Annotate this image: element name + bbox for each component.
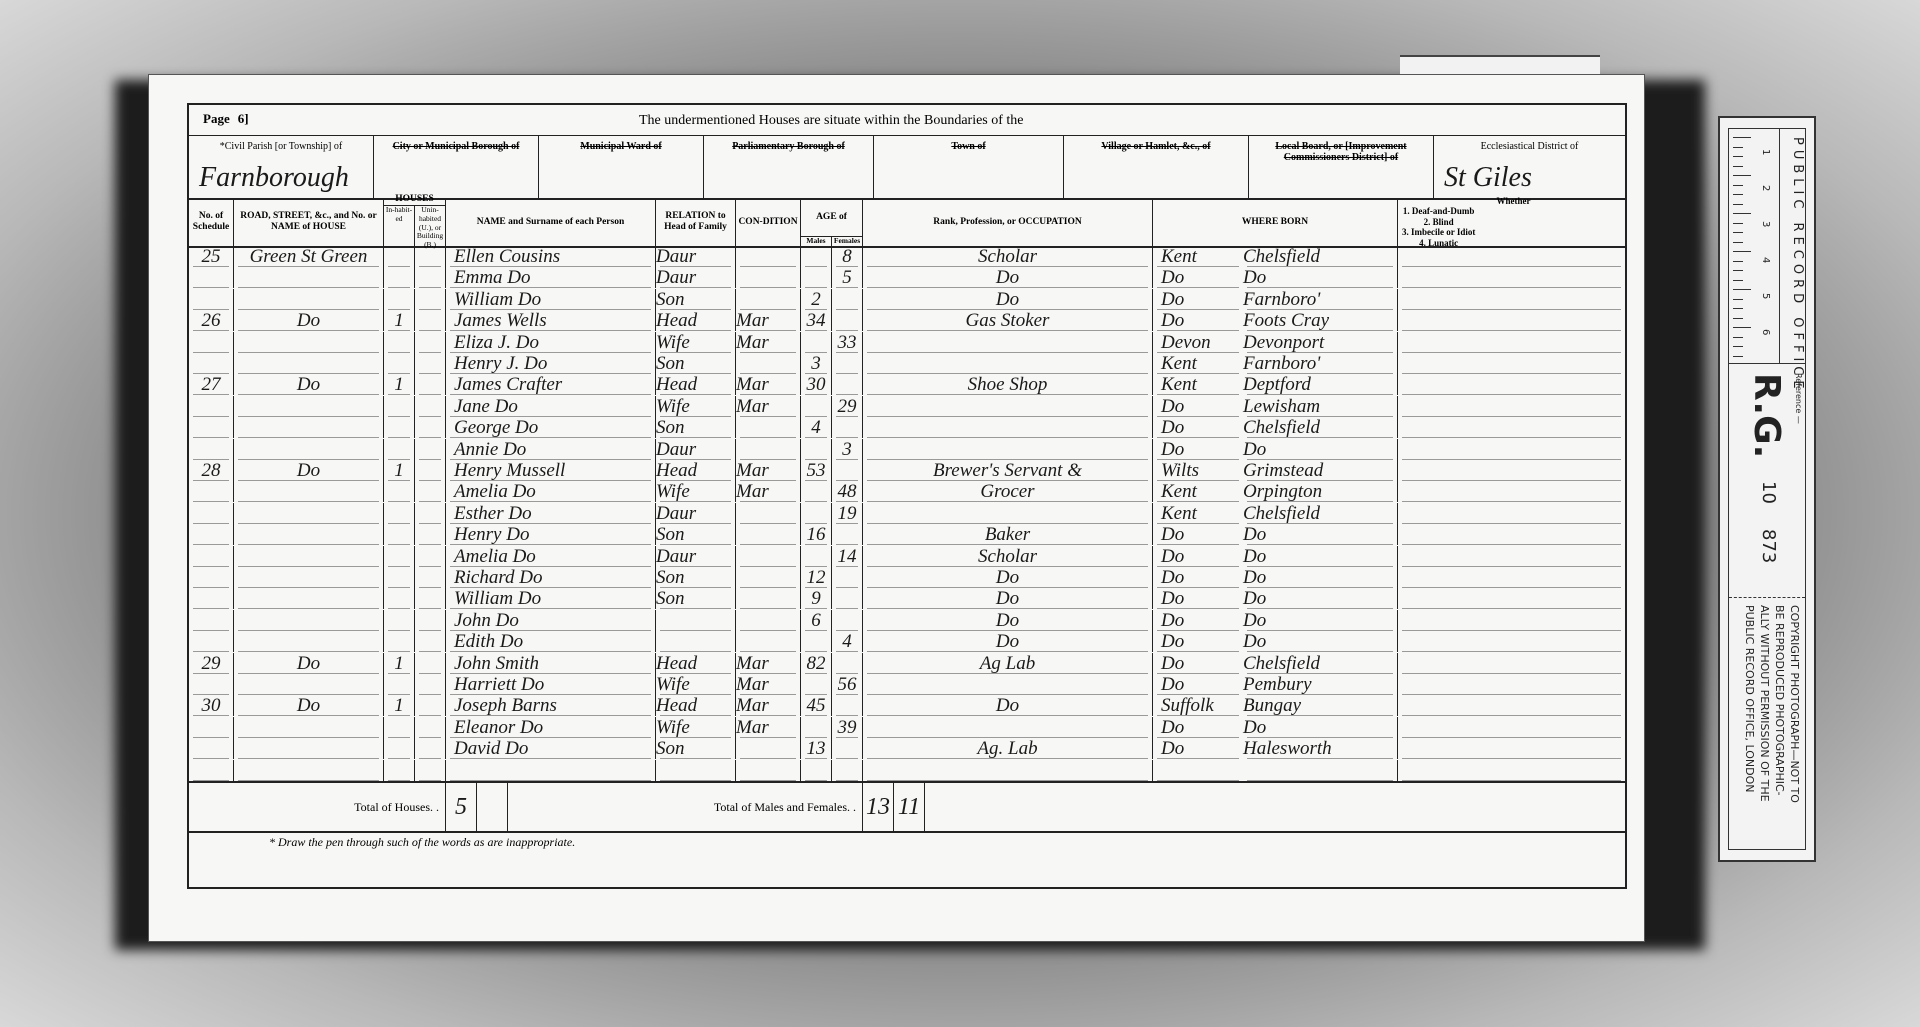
cell-m: 2 <box>801 289 832 310</box>
cell-occ <box>863 674 1153 695</box>
cell-cond <box>736 503 801 524</box>
cell-blank <box>415 396 446 417</box>
col-schedule: No. of Schedule <box>189 198 234 246</box>
cell-born_county: Do <box>1153 546 1243 567</box>
cell-f: 56 <box>832 674 863 695</box>
cell-inh: 1 <box>384 653 415 674</box>
cell-blank <box>415 588 446 609</box>
cell-f <box>832 588 863 609</box>
cell-sched: 30 <box>189 695 234 716</box>
cell-f <box>832 289 863 310</box>
cell-inh <box>384 738 415 759</box>
col-infirmity: Whether 1. Deaf-and-Dumb2. Blind3. Imbec… <box>1398 198 1625 246</box>
cell-m <box>801 674 832 695</box>
cell-born_place: Do <box>1243 588 1398 609</box>
col-relation: RELATION to Head of Family <box>656 198 736 246</box>
cell-name: Amelia Do <box>446 481 656 502</box>
cell-blank <box>1398 674 1625 695</box>
footnote: * Draw the pen through such of the words… <box>269 835 575 850</box>
cell-cond <box>736 246 801 267</box>
table-row: Amelia DoDaur14ScholarDoDo <box>189 546 1625 567</box>
cell-f: 8 <box>832 246 863 267</box>
cell-blank <box>1398 374 1625 395</box>
cell-name: Emma Do <box>446 267 656 288</box>
cell-name: Amelia Do <box>446 546 656 567</box>
cell-name: Henry Mussell <box>446 460 656 481</box>
cell-sched <box>189 289 234 310</box>
cell-m: 82 <box>801 653 832 674</box>
cell-born_county: Do <box>1153 524 1243 545</box>
cell-blank <box>415 760 446 781</box>
cell-f <box>832 524 863 545</box>
cell-born_place: Foots Cray <box>1243 310 1398 331</box>
cell-m: 9 <box>801 588 832 609</box>
cell-blank <box>1398 738 1625 759</box>
cell-cond <box>736 439 801 460</box>
cell-sched: 27 <box>189 374 234 395</box>
cell-occ: Do <box>863 610 1153 631</box>
cell-road <box>234 332 384 353</box>
table-row: Edith Do4DoDoDo <box>189 631 1625 652</box>
cell-f: 39 <box>832 717 863 738</box>
cell-name: John Smith <box>446 653 656 674</box>
cell-cond: Mar <box>736 653 801 674</box>
cell-rel: Wife <box>656 396 736 417</box>
cell-born_place: Do <box>1243 610 1398 631</box>
cell-f: 33 <box>832 332 863 353</box>
total-females: 11 <box>894 783 925 831</box>
cell-born_county: Do <box>1153 567 1243 588</box>
scale-ruler: 123456 <box>1729 129 1780 363</box>
cell-blank <box>415 289 446 310</box>
cell-born_place <box>1243 760 1398 781</box>
total-houses-value: 5 <box>446 783 477 831</box>
cell-blank <box>415 332 446 353</box>
cell-occ <box>863 417 1153 438</box>
cell-road <box>234 674 384 695</box>
office-name: PUBLIC RECORD OFFICE <box>1790 137 1805 394</box>
cell-blank <box>1398 567 1625 588</box>
reference-label: Reference — <box>1794 373 1803 424</box>
cell-occ: Do <box>863 588 1153 609</box>
cell-blank <box>1398 503 1625 524</box>
cell-rel: Wife <box>656 332 736 353</box>
cell-f <box>832 310 863 331</box>
cell-inh <box>384 610 415 631</box>
cell-name: Eliza J. Do <box>446 332 656 353</box>
cell-m <box>801 546 832 567</box>
cell-m <box>801 332 832 353</box>
cell-f <box>832 653 863 674</box>
cell-name <box>446 760 656 781</box>
cell-name: Jane Do <box>446 396 656 417</box>
cell-f <box>832 353 863 374</box>
cell-inh <box>384 674 415 695</box>
cell-born_place: Do <box>1243 717 1398 738</box>
cell-cond <box>736 524 801 545</box>
cell-m: 13 <box>801 738 832 759</box>
cell-rel: Daur <box>656 267 736 288</box>
cell-inh: 1 <box>384 374 415 395</box>
cell-sched <box>189 503 234 524</box>
totals-row: Total of Houses. . 5 Total of Males and … <box>189 781 1625 833</box>
cell-blank <box>1398 717 1625 738</box>
cell-rel: Head <box>656 653 736 674</box>
cell-blank <box>1398 267 1625 288</box>
cell-sched: 26 <box>189 310 234 331</box>
cell-inh <box>384 396 415 417</box>
cell-rel: Wife <box>656 481 736 502</box>
cell-occ <box>863 760 1153 781</box>
cell-cond <box>736 738 801 759</box>
cell-blank <box>1398 246 1625 267</box>
cell-blank <box>1398 460 1625 481</box>
total-houses-label: Total of Houses. . <box>189 783 446 831</box>
cell-cond: Mar <box>736 396 801 417</box>
table-row: Eliza J. DoWifeMar33DevonDevonport <box>189 332 1625 353</box>
cell-m: 16 <box>801 524 832 545</box>
cell-occ: Shoe Shop <box>863 374 1153 395</box>
cell-rel: Son <box>656 738 736 759</box>
cell-road <box>234 738 384 759</box>
cell-occ: Do <box>863 567 1153 588</box>
cell-occ: Do <box>863 267 1153 288</box>
cell-rel: Wife <box>656 717 736 738</box>
cell-sched <box>189 396 234 417</box>
cell-blank <box>1398 417 1625 438</box>
boundary-1: City or Municipal Borough of <box>374 135 539 198</box>
cell-road <box>234 567 384 588</box>
cell-f: 48 <box>832 481 863 502</box>
cell-blank <box>415 631 446 652</box>
census-rows: 25Green St GreenEllen CousinsDaur8Schola… <box>189 246 1625 781</box>
cell-blank <box>415 460 446 481</box>
boundary-3: Parliamentary Borough of <box>704 135 874 198</box>
cell-m: 34 <box>801 310 832 331</box>
cell-blank <box>415 246 446 267</box>
cell-road <box>234 503 384 524</box>
cell-road <box>234 524 384 545</box>
cell-name: Eleanor Do <box>446 717 656 738</box>
table-row: Henry J. DoSon3KentFarnboro' <box>189 353 1625 374</box>
cell-sched: 28 <box>189 460 234 481</box>
cell-sched <box>189 546 234 567</box>
cell-blank <box>415 610 446 631</box>
col-name: NAME and Surname of each Person <box>446 198 656 246</box>
cell-born_county: Do <box>1153 717 1243 738</box>
cell-cond: Mar <box>736 695 801 716</box>
cell-road <box>234 289 384 310</box>
cell-f: 29 <box>832 396 863 417</box>
cell-born_place: Bungay <box>1243 695 1398 716</box>
cell-rel <box>656 610 736 631</box>
cell-blank <box>415 653 446 674</box>
col-occupation: Rank, Profession, or OCCUPATION <box>863 198 1153 246</box>
cell-inh <box>384 353 415 374</box>
cell-cond <box>736 760 801 781</box>
cell-cond <box>736 610 801 631</box>
cell-f: 14 <box>832 546 863 567</box>
table-row: George DoSon4DoChelsfield <box>189 417 1625 438</box>
cell-rel: Head <box>656 695 736 716</box>
cell-born_county: Do <box>1153 610 1243 631</box>
cell-born_county: Do <box>1153 396 1243 417</box>
cell-inh <box>384 567 415 588</box>
table-row: John Do6DoDoDo <box>189 610 1625 631</box>
cell-inh <box>384 332 415 353</box>
cell-born_county: Kent <box>1153 481 1243 502</box>
cell-blank <box>1398 289 1625 310</box>
table-row: Emma DoDaur5DoDoDo <box>189 267 1625 288</box>
cell-road <box>234 546 384 567</box>
cell-sched <box>189 738 234 759</box>
cell-born_place: Halesworth <box>1243 738 1398 759</box>
cell-born_county: Kent <box>1153 246 1243 267</box>
table-row: 27Do1James CrafterHeadMar30Shoe ShopKent… <box>189 374 1625 395</box>
table-row: Esther DoDaur19KentChelsfield <box>189 503 1625 524</box>
cell-rel: Daur <box>656 546 736 567</box>
cell-born_place: Deptford <box>1243 374 1398 395</box>
cell-born_county: Do <box>1153 417 1243 438</box>
cell-blank <box>1398 332 1625 353</box>
census-sheet: Page6] The undermentioned Houses are sit… <box>148 74 1645 942</box>
cell-born_place: Orpington <box>1243 481 1398 502</box>
table-row: 30Do1Joseph BarnsHeadMar45DoSuffolkBunga… <box>189 695 1625 716</box>
cell-rel <box>656 631 736 652</box>
cell-road: Do <box>234 653 384 674</box>
cell-inh <box>384 503 415 524</box>
cell-occ <box>863 332 1153 353</box>
cell-rel: Head <box>656 460 736 481</box>
cell-inh: 1 <box>384 695 415 716</box>
cell-m <box>801 503 832 524</box>
cell-m: 4 <box>801 417 832 438</box>
cell-f <box>832 760 863 781</box>
cell-blank <box>415 267 446 288</box>
cell-sched <box>189 353 234 374</box>
cell-rel: Son <box>656 567 736 588</box>
cell-sched: 25 <box>189 246 234 267</box>
cell-road: Do <box>234 374 384 395</box>
cell-blank <box>415 567 446 588</box>
cell-occ <box>863 717 1153 738</box>
cell-inh: 1 <box>384 460 415 481</box>
cell-blank <box>1398 353 1625 374</box>
cell-name: Henry J. Do <box>446 353 656 374</box>
cell-sched <box>189 417 234 438</box>
cell-rel: Son <box>656 353 736 374</box>
cell-road: Do <box>234 695 384 716</box>
cell-cond: Mar <box>736 481 801 502</box>
cell-blank <box>415 310 446 331</box>
cell-name: James Crafter <box>446 374 656 395</box>
cell-inh <box>384 631 415 652</box>
table-row: David DoSon13Ag. LabDoHalesworth <box>189 738 1625 759</box>
cell-m <box>801 631 832 652</box>
boundary-4: Town of <box>874 135 1064 198</box>
cell-occ: Do <box>863 695 1153 716</box>
cell-born_county: Do <box>1153 267 1243 288</box>
cell-name: George Do <box>446 417 656 438</box>
cell-road <box>234 439 384 460</box>
cell-occ: Gas Stoker <box>863 310 1153 331</box>
cell-rel <box>656 760 736 781</box>
archive-reference-strip: 123456 PUBLIC RECORD OFFICE Reference — … <box>1718 116 1816 862</box>
cell-m: 53 <box>801 460 832 481</box>
cell-rel: Daur <box>656 503 736 524</box>
col-road: ROAD, STREET, &c., and No. or NAME of HO… <box>234 198 384 246</box>
cell-f: 19 <box>832 503 863 524</box>
boundary-6: Local Board, or [Improvement Commissione… <box>1249 135 1434 198</box>
cell-road <box>234 396 384 417</box>
cell-occ: Ag Lab <box>863 653 1153 674</box>
page-header-row: Page6] The undermentioned Houses are sit… <box>189 105 1625 136</box>
cell-m: 6 <box>801 610 832 631</box>
cell-cond <box>736 353 801 374</box>
boundaries-heading: The undermentioned Houses are situate wi… <box>639 113 1024 129</box>
cell-blank <box>1398 310 1625 331</box>
cell-born_place: Chelsfield <box>1243 503 1398 524</box>
cell-road <box>234 631 384 652</box>
cell-name: Richard Do <box>446 567 656 588</box>
cell-sched <box>189 332 234 353</box>
cell-sched <box>189 481 234 502</box>
cell-born_place: Do <box>1243 439 1398 460</box>
cell-m <box>801 267 832 288</box>
total-males: 13 <box>863 783 894 831</box>
cell-cond: Mar <box>736 717 801 738</box>
cell-occ <box>863 503 1153 524</box>
cell-blank <box>1398 481 1625 502</box>
cell-cond <box>736 546 801 567</box>
cell-cond: Mar <box>736 374 801 395</box>
table-row: William DoSon9DoDoDo <box>189 588 1625 609</box>
cell-name: Esther Do <box>446 503 656 524</box>
table-row: 28Do1Henry MussellHeadMar53Brewer's Serv… <box>189 460 1625 481</box>
cell-inh <box>384 267 415 288</box>
cell-occ: Scholar <box>863 546 1153 567</box>
cell-born_place: Farnboro' <box>1243 289 1398 310</box>
cell-m: 45 <box>801 695 832 716</box>
table-row: William DoSon2DoDoFarnboro' <box>189 289 1625 310</box>
cell-born_county: Wilts <box>1153 460 1243 481</box>
cell-sched: 29 <box>189 653 234 674</box>
boundary-5: Village or Hamlet, &c., of <box>1064 135 1249 198</box>
cell-occ: Do <box>863 631 1153 652</box>
cell-blank <box>415 417 446 438</box>
cell-born_county: Kent <box>1153 353 1243 374</box>
cell-m <box>801 481 832 502</box>
cell-f <box>832 374 863 395</box>
cell-sched <box>189 717 234 738</box>
cell-blank <box>1398 610 1625 631</box>
cell-f <box>832 695 863 716</box>
table-row <box>189 760 1625 781</box>
cell-born_county: Do <box>1153 631 1243 652</box>
cell-m <box>801 246 832 267</box>
cell-born_county: Do <box>1153 738 1243 759</box>
col-where-born: WHERE BORN <box>1153 198 1398 246</box>
cell-blank <box>415 695 446 716</box>
table-row: Eleanor DoWifeMar39DoDo <box>189 717 1625 738</box>
cell-inh: 1 <box>384 310 415 331</box>
cell-born_place: Farnboro' <box>1243 353 1398 374</box>
cell-occ <box>863 439 1153 460</box>
cell-born_county: Do <box>1153 588 1243 609</box>
cell-occ: Do <box>863 289 1153 310</box>
cell-born_county: Devon <box>1153 332 1243 353</box>
cell-born_place: Do <box>1243 546 1398 567</box>
cell-blank <box>415 439 446 460</box>
cell-f: 5 <box>832 267 863 288</box>
cell-cond <box>736 567 801 588</box>
cell-blank <box>415 674 446 695</box>
boundary-2: Municipal Ward of <box>539 135 704 198</box>
cell-born_place: Lewisham <box>1243 396 1398 417</box>
cell-rel: Son <box>656 524 736 545</box>
cell-sched <box>189 267 234 288</box>
cell-born_place: Chelsfield <box>1243 653 1398 674</box>
cell-born_place: Pembury <box>1243 674 1398 695</box>
cell-born_county <box>1153 760 1243 781</box>
series-code: R.G. <box>1746 373 1787 458</box>
cell-f <box>832 460 863 481</box>
cell-inh <box>384 289 415 310</box>
col-houses: HOUSES In-habit-ed Unin-habited (U.), or… <box>384 198 446 246</box>
cell-blank <box>415 524 446 545</box>
cell-rel: Daur <box>656 246 736 267</box>
cell-blank <box>415 374 446 395</box>
cell-occ: Scholar <box>863 246 1153 267</box>
table-row: Richard DoSon12DoDoDo <box>189 567 1625 588</box>
col-condition: CON-DITION <box>736 198 801 246</box>
cell-f <box>832 417 863 438</box>
col-age: AGE of Males Females <box>801 198 863 246</box>
cell-road <box>234 717 384 738</box>
cell-road <box>234 417 384 438</box>
cell-blank <box>415 481 446 502</box>
cell-born_county: Do <box>1153 310 1243 331</box>
table-row: 25Green St GreenEllen CousinsDaur8Schola… <box>189 246 1625 267</box>
boundary-7: Ecclesiastical District ofSt Giles <box>1434 135 1625 198</box>
cell-inh <box>384 439 415 460</box>
cell-blank <box>1398 588 1625 609</box>
cell-born_place: Do <box>1243 631 1398 652</box>
cell-rel: Son <box>656 289 736 310</box>
cell-born_place: Devonport <box>1243 332 1398 353</box>
cell-name: David Do <box>446 738 656 759</box>
cell-road <box>234 610 384 631</box>
cell-occ <box>863 353 1153 374</box>
cell-road <box>234 353 384 374</box>
cell-cond: Mar <box>736 332 801 353</box>
census-form: Page6] The undermentioned Houses are sit… <box>187 103 1627 889</box>
cell-born_county: Do <box>1153 674 1243 695</box>
cell-born_place: Do <box>1243 267 1398 288</box>
cell-sched <box>189 567 234 588</box>
cell-blank <box>415 546 446 567</box>
cell-cond <box>736 631 801 652</box>
cell-blank <box>415 738 446 759</box>
cell-inh <box>384 417 415 438</box>
cell-f <box>832 610 863 631</box>
cell-born_place: Chelsfield <box>1243 417 1398 438</box>
cell-born_county: Do <box>1153 289 1243 310</box>
cell-road <box>234 760 384 781</box>
cell-name: Joseph Barns <box>446 695 656 716</box>
cell-m: 12 <box>801 567 832 588</box>
cell-inh <box>384 588 415 609</box>
